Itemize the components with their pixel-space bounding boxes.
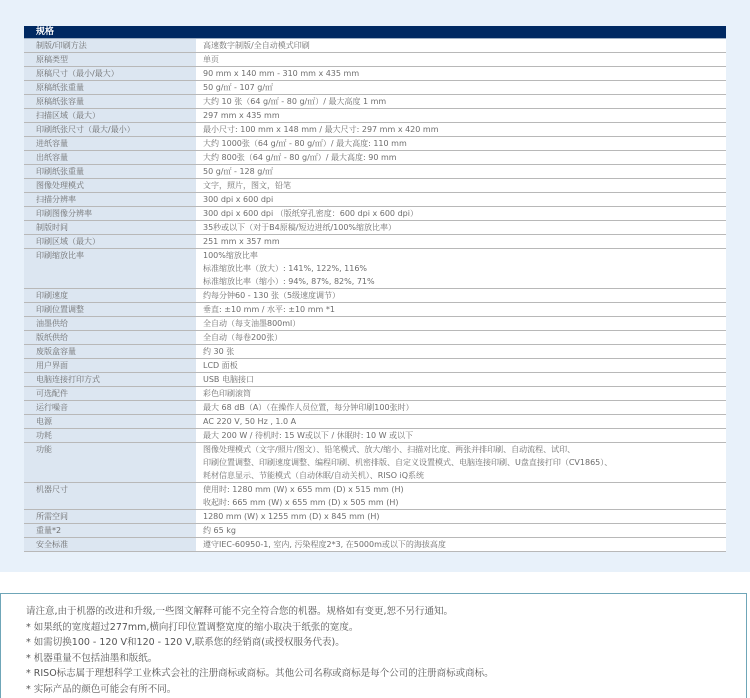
spec-label: 印刷速度 xyxy=(24,289,196,302)
spec-row: 原稿类型单页 xyxy=(24,53,726,67)
spec-label: 印刷图像分辨率 xyxy=(24,207,196,220)
spec-row: 制版/印刷方法高速数字制版/全自动模式印刷 xyxy=(24,39,726,53)
spec-value: 约每分钟60 - 130 张（5级速度调节） xyxy=(196,289,726,302)
spec-label: 进纸容量 xyxy=(24,137,196,150)
note-line: * 如果纸的宽度超过277mm,横向打印位置调整宽度的缩小取决于纸张的宽度。 xyxy=(26,620,746,636)
spec-value: 最小尺寸: 100 mm x 148 mm / 最大尺寸: 297 mm x 4… xyxy=(196,123,726,136)
spec-value-line: 大约 800张（64 g/㎡ - 80 g/㎡）/ 最大高度: 90 mm xyxy=(203,151,726,164)
spec-row: 原稿纸张容量大约 10 张（64 g/㎡ - 80 g/㎡）/ 最大高度 1 m… xyxy=(24,95,726,109)
spec-label: 可选配件 xyxy=(24,387,196,400)
spec-value-line: 约每分钟60 - 130 张（5级速度调节） xyxy=(203,289,726,302)
spec-label: 所需空间 xyxy=(24,510,196,523)
spec-row: 机器尺寸使用时: 1280 mm (W) x 655 mm (D) x 515 … xyxy=(24,483,726,510)
spec-value-line: 全自动（每支油墨800ml） xyxy=(203,317,726,330)
spec-value: 300 dpi x 600 dpi （版纸穿孔密度：600 dpi x 600 … xyxy=(196,207,726,220)
spec-value-line: 收起时: 665 mm (W) x 655 mm (D) x 505 mm (H… xyxy=(203,496,726,509)
spec-value: 1280 mm (W) x 1255 mm (D) x 845 mm (H) xyxy=(196,510,726,523)
spec-row: 废版盒容量约 30 张 xyxy=(24,345,726,359)
spec-label: 扫描分辨率 xyxy=(24,193,196,206)
spec-value: 50 g/㎡ - 107 g/㎡ xyxy=(196,81,726,94)
spec-value-line: 单页 xyxy=(203,53,726,66)
spec-panel: 规格 制版/印刷方法高速数字制版/全自动模式印刷原稿类型单页原稿尺寸（最小/最大… xyxy=(0,0,750,572)
spec-row: 功能图像处理模式（文字/照片/图文）、铅笔模式、放大/缩小、扫描对比度、两张并排… xyxy=(24,443,726,483)
spec-row: 油墨供给全自动（每支油墨800ml） xyxy=(24,317,726,331)
spec-value: 最大 68 dB（A）（在操作人员位置，每分钟印刷100张时） xyxy=(196,401,726,414)
spec-label: 制版/印刷方法 xyxy=(24,39,196,52)
spec-row: 图像处理模式文字，照片，图文，铅笔 xyxy=(24,179,726,193)
spec-value: 大约 1000张（64 g/㎡ - 80 g/㎡）/ 最大高度: 110 mm xyxy=(196,137,726,150)
spec-value: 297 mm x 435 mm xyxy=(196,109,726,122)
spec-label: 印刷区域（最大） xyxy=(24,235,196,248)
spec-row: 扫描分辨率300 dpi x 600 dpi xyxy=(24,193,726,207)
spec-value-line: 图像处理模式（文字/照片/图文）、铅笔模式、放大/缩小、扫描对比度、两张并排印刷… xyxy=(203,443,726,456)
spec-value: 90 mm x 140 mm - 310 mm x 435 mm xyxy=(196,67,726,80)
spec-value: 300 dpi x 600 dpi xyxy=(196,193,726,206)
spec-label: 扫描区域（最大） xyxy=(24,109,196,122)
spec-value: 大约 800张（64 g/㎡ - 80 g/㎡）/ 最大高度: 90 mm xyxy=(196,151,726,164)
spec-label: 功耗 xyxy=(24,429,196,442)
spec-label: 印刷纸张重量 xyxy=(24,165,196,178)
notes-box: 请注意,由于机器的改进和升级,一些图文解释可能不完全符合您的机器。规格如有变更,… xyxy=(0,593,747,698)
spec-label: 机器尺寸 xyxy=(24,483,196,509)
spec-value-line: 全自动（每卷200张） xyxy=(203,331,726,344)
spec-row: 印刷区域（最大）251 mm x 357 mm xyxy=(24,235,726,249)
spec-value-line: LCD 面板 xyxy=(203,359,726,372)
spec-table: 规格 制版/印刷方法高速数字制版/全自动模式印刷原稿类型单页原稿尺寸（最小/最大… xyxy=(24,26,726,552)
spec-row: 印刷缩放比率100%缩放比率标准缩放比率（放大）: 141%, 122%, 11… xyxy=(24,249,726,289)
spec-value-line: 251 mm x 357 mm xyxy=(203,235,726,248)
spec-value-line: 35秒或以下（对于B4原稿/短边进纸/100%缩放比率） xyxy=(203,221,726,234)
spec-value: 35秒或以下（对于B4原稿/短边进纸/100%缩放比率） xyxy=(196,221,726,234)
spec-row: 安全标准遵守IEC-60950-1, 室内, 污染程度2*3, 在5000m或以… xyxy=(24,538,726,552)
spec-label: 印刷纸张尺寸（最大/最小） xyxy=(24,123,196,136)
spec-row: 原稿纸张重量50 g/㎡ - 107 g/㎡ xyxy=(24,81,726,95)
spec-label: 电脑连接打印方式 xyxy=(24,373,196,386)
spec-row: 印刷位置调整垂直: ±10 mm / 水平: ±10 mm *1 xyxy=(24,303,726,317)
spec-value: 全自动（每卷200张） xyxy=(196,331,726,344)
spec-row: 可选配件彩色印刷滚筒 xyxy=(24,387,726,401)
spec-value: AC 220 V, 50 Hz , 1.0 A xyxy=(196,415,726,428)
spec-value: 遵守IEC-60950-1, 室内, 污染程度2*3, 在5000m或以下的海拔… xyxy=(196,538,726,551)
spec-value-line: 文字，照片，图文，铅笔 xyxy=(203,179,726,192)
spec-table-title: 规格 xyxy=(24,26,726,39)
spec-row: 印刷纸张尺寸（最大/最小）最小尺寸: 100 mm x 148 mm / 最大尺… xyxy=(24,123,726,137)
spec-value-line: 最大 68 dB（A）（在操作人员位置，每分钟印刷100张时） xyxy=(203,401,726,414)
spec-value-line: 300 dpi x 600 dpi （版纸穿孔密度：600 dpi x 600 … xyxy=(203,207,726,220)
spec-value-line: 100%缩放比率 xyxy=(203,249,726,262)
spec-value-line: 约 30 张 xyxy=(203,345,726,358)
spec-value-line: 使用时: 1280 mm (W) x 655 mm (D) x 515 mm (… xyxy=(203,483,726,496)
spec-value: 约 65 kg xyxy=(196,524,726,537)
spec-value-line: 最小尺寸: 100 mm x 148 mm / 最大尺寸: 297 mm x 4… xyxy=(203,123,726,136)
spec-value-line: 印刷位置调整、印刷速度调整、编程印刷、机密排版、自定义设置模式、电脑连接印刷、U… xyxy=(203,456,726,469)
spec-value: 高速数字制版/全自动模式印刷 xyxy=(196,39,726,52)
spec-row: 电脑连接打印方式USB 电脑接口 xyxy=(24,373,726,387)
spec-value: 图像处理模式（文字/照片/图文）、铅笔模式、放大/缩小、扫描对比度、两张并排印刷… xyxy=(196,443,726,482)
spec-value-line: AC 220 V, 50 Hz , 1.0 A xyxy=(203,415,726,428)
spec-row: 扫描区域（最大）297 mm x 435 mm xyxy=(24,109,726,123)
spec-value: 50 g/㎡ - 128 g/㎡ xyxy=(196,165,726,178)
spec-label: 制版时间 xyxy=(24,221,196,234)
spec-label: 图像处理模式 xyxy=(24,179,196,192)
spec-value: 文字，照片，图文，铅笔 xyxy=(196,179,726,192)
note-line: * RISO标志属于理想科学工业株式会社的注册商标或商标。其他公司名称或商标是每… xyxy=(26,666,746,682)
spec-label: 功能 xyxy=(24,443,196,482)
spec-value: USB 电脑接口 xyxy=(196,373,726,386)
spec-label: 用户界面 xyxy=(24,359,196,372)
spec-value-line: 最大 200 W / 待机时: 15 W或以下 / 休眠时: 10 W 或以下 xyxy=(203,429,726,442)
spec-label: 印刷缩放比率 xyxy=(24,249,196,288)
spec-value-line: 50 g/㎡ - 128 g/㎡ xyxy=(203,165,726,178)
spec-value: LCD 面板 xyxy=(196,359,726,372)
spec-value: 单页 xyxy=(196,53,726,66)
spec-value-line: 高速数字制版/全自动模式印刷 xyxy=(203,39,726,52)
spec-row: 原稿尺寸（最小/最大）90 mm x 140 mm - 310 mm x 435… xyxy=(24,67,726,81)
spec-value-line: USB 电脑接口 xyxy=(203,373,726,386)
spec-row: 功耗最大 200 W / 待机时: 15 W或以下 / 休眠时: 10 W 或以… xyxy=(24,429,726,443)
spec-row: 印刷纸张重量50 g/㎡ - 128 g/㎡ xyxy=(24,165,726,179)
spec-label: 废版盒容量 xyxy=(24,345,196,358)
spec-label: 运行噪音 xyxy=(24,401,196,414)
spec-row: 重量*2约 65 kg xyxy=(24,524,726,538)
spec-row: 出纸容量大约 800张（64 g/㎡ - 80 g/㎡）/ 最大高度: 90 m… xyxy=(24,151,726,165)
spec-label: 电源 xyxy=(24,415,196,428)
spec-value: 彩色印刷滚筒 xyxy=(196,387,726,400)
spec-label: 印刷位置调整 xyxy=(24,303,196,316)
spec-label: 油墨供给 xyxy=(24,317,196,330)
spec-value-line: 大约 10 张（64 g/㎡ - 80 g/㎡）/ 最大高度 1 mm xyxy=(203,95,726,108)
note-line: * 机器重量不包括油墨和版纸。 xyxy=(26,651,746,667)
spec-row: 所需空间1280 mm (W) x 1255 mm (D) x 845 mm (… xyxy=(24,510,726,524)
spec-row: 印刷图像分辨率300 dpi x 600 dpi （版纸穿孔密度：600 dpi… xyxy=(24,207,726,221)
spec-value-line: 遵守IEC-60950-1, 室内, 污染程度2*3, 在5000m或以下的海拔… xyxy=(203,538,726,551)
spec-label: 原稿纸张容量 xyxy=(24,95,196,108)
spec-value-line: 约 65 kg xyxy=(203,524,726,537)
spec-value-line: 50 g/㎡ - 107 g/㎡ xyxy=(203,81,726,94)
spec-value-line: 标准缩放比率（放大）: 141%, 122%, 116% xyxy=(203,262,726,275)
spec-value: 最大 200 W / 待机时: 15 W或以下 / 休眠时: 10 W 或以下 xyxy=(196,429,726,442)
spec-label: 原稿尺寸（最小/最大） xyxy=(24,67,196,80)
spec-value: 100%缩放比率标准缩放比率（放大）: 141%, 122%, 116%标准缩放… xyxy=(196,249,726,288)
spec-value-line: 1280 mm (W) x 1255 mm (D) x 845 mm (H) xyxy=(203,510,726,523)
spec-value: 使用时: 1280 mm (W) x 655 mm (D) x 515 mm (… xyxy=(196,483,726,509)
spec-label: 重量*2 xyxy=(24,524,196,537)
spec-value-line: 300 dpi x 600 dpi xyxy=(203,193,726,206)
spec-value-line: 297 mm x 435 mm xyxy=(203,109,726,122)
spec-row: 用户界面LCD 面板 xyxy=(24,359,726,373)
spec-row: 印刷速度约每分钟60 - 130 张（5级速度调节） xyxy=(24,289,726,303)
spec-row: 进纸容量大约 1000张（64 g/㎡ - 80 g/㎡）/ 最大高度: 110… xyxy=(24,137,726,151)
spec-value: 251 mm x 357 mm xyxy=(196,235,726,248)
spec-value-line: 90 mm x 140 mm - 310 mm x 435 mm xyxy=(203,67,726,80)
spec-label: 安全标准 xyxy=(24,538,196,551)
spec-label: 出纸容量 xyxy=(24,151,196,164)
spec-row: 电源AC 220 V, 50 Hz , 1.0 A xyxy=(24,415,726,429)
spec-value: 垂直: ±10 mm / 水平: ±10 mm *1 xyxy=(196,303,726,316)
spec-label: 版纸供给 xyxy=(24,331,196,344)
note-line: * 如需切换100 - 120 V和120 - 120 V,联系您的经销商(或授… xyxy=(26,635,746,651)
spec-value: 全自动（每支油墨800ml） xyxy=(196,317,726,330)
spec-row: 版纸供给全自动（每卷200张） xyxy=(24,331,726,345)
spec-label: 原稿纸张重量 xyxy=(24,81,196,94)
spec-value: 约 30 张 xyxy=(196,345,726,358)
spec-value-line: 彩色印刷滚筒 xyxy=(203,387,726,400)
spec-value-line: 大约 1000张（64 g/㎡ - 80 g/㎡）/ 最大高度: 110 mm xyxy=(203,137,726,150)
spec-value-line: 标准缩放比率（缩小）: 94%, 87%, 82%, 71% xyxy=(203,275,726,288)
spec-value-line: 垂直: ±10 mm / 水平: ±10 mm *1 xyxy=(203,303,726,316)
spec-value-line: 耗材信息显示、节能模式（自动休眠/自动关机）、RISO iQ系统 xyxy=(203,469,726,482)
note-line: 请注意,由于机器的改进和升级,一些图文解释可能不完全符合您的机器。规格如有变更,… xyxy=(26,604,746,620)
spec-value: 大约 10 张（64 g/㎡ - 80 g/㎡）/ 最大高度 1 mm xyxy=(196,95,726,108)
note-line: * 实际产品的颜色可能会有所不同。 xyxy=(26,682,746,698)
spec-label: 原稿类型 xyxy=(24,53,196,66)
spec-row: 运行噪音最大 68 dB（A）（在操作人员位置，每分钟印刷100张时） xyxy=(24,401,726,415)
spec-row: 制版时间35秒或以下（对于B4原稿/短边进纸/100%缩放比率） xyxy=(24,221,726,235)
